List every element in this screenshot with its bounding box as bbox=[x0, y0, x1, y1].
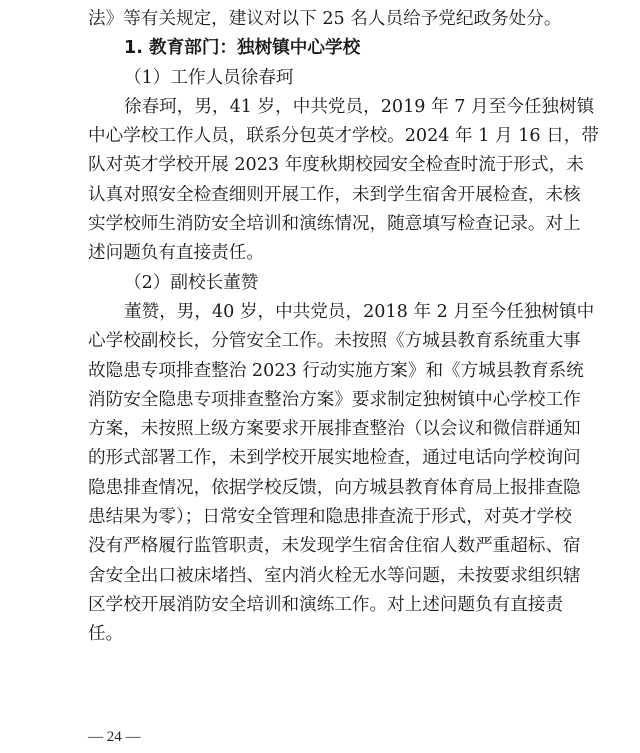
person-1-line: 徐春珂，男，41 岁，中共党员，2019 年 7 月至今任独树镇 bbox=[88, 93, 560, 122]
person-2-line: 方案，未按照上级方案要求开展排查整治（以会议和微信群通知 bbox=[88, 415, 560, 444]
person-1-line: 中心学校工作人员，联系分包英才学校。2024 年 1 月 16 日，带 bbox=[88, 122, 560, 151]
person-2-line: 没有严格履行监管职责，未发现学生宿舍住宿人数严重超标、宿 bbox=[88, 532, 560, 561]
person-1-line: 述问题负有直接责任。 bbox=[88, 239, 560, 268]
person-1-subheading: （1）工作人员徐春珂 bbox=[88, 64, 560, 93]
person-2-line: 心学校副校长，分管安全工作。未按照《方城县教育系统重大事 bbox=[88, 327, 560, 356]
intro-paragraph-tail: 法》等有关规定，建议对以下 25 名人员给予党纪政务处分。 bbox=[88, 5, 560, 34]
person-1-line: 队对英才学校开展 2023 年度秋期校园安全检查时流于形式，未 bbox=[88, 151, 560, 180]
person-2-line: 消防安全隐患专项排查整治方案》要求制定独树镇中心学校工作 bbox=[88, 386, 560, 415]
person-2-line: 隐患排查情况，依据学校反馈，向方城县教育体育局上报排查隐 bbox=[88, 474, 560, 503]
person-2-line: 患结果为零）；日常安全管理和隐患排查流于形式，对英才学校 bbox=[88, 503, 560, 532]
person-2-line: 舍安全出口被床堵挡、室内消火栓无水等问题，未按要求组织辖 bbox=[88, 562, 560, 591]
document-page: 法》等有关规定，建议对以下 25 名人员给予党纪政务处分。 1. 教育部门：独树… bbox=[88, 5, 560, 650]
person-2-line: 故隐患专项排查整治 2023 行动实施方案》和《方城县教育系统 bbox=[88, 357, 560, 386]
person-2-line: 区学校开展消防安全培训和演练工作。对上述问题负有直接责 bbox=[88, 591, 560, 620]
person-2-subheading: （2）副校长董赞 bbox=[88, 269, 560, 298]
person-2-line: 董赞，男，40 岁，中共党员，2018 年 2 月至今任独树镇中 bbox=[88, 298, 560, 327]
person-2-line: 任。 bbox=[88, 620, 560, 649]
person-1-line: 实学校师生消防安全培训和演练情况，随意填写检查记录。对上 bbox=[88, 210, 560, 239]
page-number: — 24 — bbox=[88, 727, 141, 747]
section-heading: 1. 教育部门：独树镇中心学校 bbox=[88, 34, 560, 63]
person-1-line: 认真对照安全检查细则开展工作，未到学生宿舍开展检查，未核 bbox=[88, 181, 560, 210]
person-2-line: 的形式部署工作，未到学校开展实地检查，通过电话向学校询问 bbox=[88, 444, 560, 473]
